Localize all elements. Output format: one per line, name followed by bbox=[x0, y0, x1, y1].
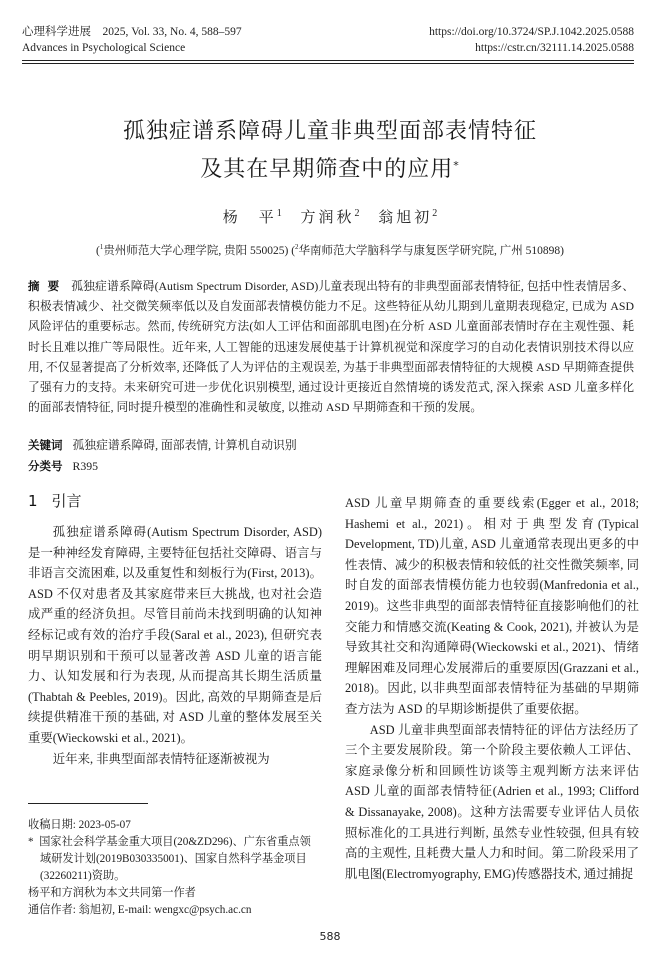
journal-name-en: Advances in Psychological Science bbox=[22, 40, 185, 56]
author-affil-mark: 2 bbox=[355, 208, 360, 219]
author-name: 方润秋 bbox=[300, 210, 354, 226]
abstract-label: 摘要 bbox=[28, 279, 67, 293]
keywords-label: 关键词 bbox=[28, 438, 63, 452]
footnotes: 收稿日期: 2023-05-07 * 国家社会科学基金重大项目(20&ZD296… bbox=[28, 817, 318, 919]
body-column-left: 孤独症谱系障碍(Autism Spectrum Disorder, ASD)是一… bbox=[28, 522, 322, 769]
classification-code: R395 bbox=[73, 459, 99, 473]
title-line-2-text: 及其在早期筛查中的应用 bbox=[200, 157, 453, 182]
keywords-text: 孤独症谱系障碍, 面部表情, 计算机自动识别 bbox=[73, 438, 297, 452]
page-number: 588 bbox=[0, 930, 660, 943]
paragraph: ASD 儿童非典型面部表情特征的评估方法经历了三个主要发展阶段。第一个阶段主要依… bbox=[345, 720, 639, 885]
abstract-text: 孤独症谱系障碍(Autism Spectrum Disorder, ASD)儿童… bbox=[28, 279, 634, 414]
section-number: 1 bbox=[28, 492, 38, 510]
author: 翁旭初2 bbox=[378, 210, 437, 226]
correspondence-note: 通信作者: 翁旭初, E-mail: wengxc@psych.ac.cn bbox=[28, 902, 318, 919]
running-header: 心理科学进展 2025, Vol. 33, No. 4, 588–597 htt… bbox=[22, 24, 634, 64]
author-affil-mark: 1 bbox=[277, 208, 282, 219]
citation-info: 2025, Vol. 33, No. 4, 588–597 bbox=[103, 26, 242, 38]
article-title-line-2: 及其在早期筛查中的应用* bbox=[0, 152, 660, 188]
author-name: 杨 平 bbox=[223, 210, 277, 226]
body-column-right: ASD 儿童早期筛查的重要线索(Egger et al., 2018; Hash… bbox=[345, 493, 639, 884]
affil-text: 华南师范大学脑科学与康复医学研究院, 广州 510898) bbox=[299, 245, 564, 257]
paragraph: ASD 儿童早期筛查的重要线索(Egger et al., 2018; Hash… bbox=[345, 493, 639, 720]
journal-name-cn: 心理科学进展 bbox=[22, 26, 91, 38]
funding-text: 国家社会科学基金重大项目(20&ZD296)、广东省重点领域研发计划(2019B… bbox=[39, 836, 311, 882]
author: 方润秋2 bbox=[300, 210, 359, 226]
paragraph: 孤独症谱系障碍(Autism Spectrum Disorder, ASD)是一… bbox=[28, 522, 322, 749]
affil-text: 贵州师范大学心理学院, 贵阳 550025) bbox=[103, 245, 288, 257]
header-double-rule bbox=[22, 60, 634, 64]
classification: 分类号R395 bbox=[28, 458, 98, 474]
affiliation: (1贵州师范大学心理学院, 贵阳 550025) bbox=[96, 245, 288, 257]
affiliations: (1贵州师范大学心理学院, 贵阳 550025) (2华南师范大学脑科学与康复医… bbox=[0, 242, 660, 258]
cstr-link[interactable]: https://cstr.cn/32111.14.2025.0588 bbox=[475, 40, 634, 56]
section-title: 引言 bbox=[52, 492, 82, 510]
co-first-author-note: 杨平和方润秋为本文共同第一作者 bbox=[28, 885, 318, 902]
abstract: 摘要孤独症谱系障碍(Autism Spectrum Disorder, ASD)… bbox=[28, 276, 634, 417]
title-footnote-mark: * bbox=[453, 159, 460, 172]
classification-label: 分类号 bbox=[28, 459, 63, 473]
affiliation: (2华南师范大学脑科学与康复医学研究院, 广州 510898) bbox=[291, 245, 564, 257]
author-affil-mark: 2 bbox=[432, 208, 437, 219]
funding-note: * 国家社会科学基金重大项目(20&ZD296)、广东省重点领域研发计划(201… bbox=[28, 834, 318, 885]
doi-link[interactable]: https://doi.org/10.3724/SP.J.1042.2025.0… bbox=[429, 24, 634, 40]
article-title-line-1: 孤独症谱系障碍儿童非典型面部表情特征 bbox=[0, 114, 660, 150]
section-heading: 1引言 bbox=[28, 490, 82, 511]
journal-citation: 心理科学进展 2025, Vol. 33, No. 4, 588–597 bbox=[22, 24, 242, 40]
received-date: 收稿日期: 2023-05-07 bbox=[28, 817, 318, 834]
author-list: 杨 平1 方润秋2 翁旭初2 bbox=[0, 206, 660, 227]
author-name: 翁旭初 bbox=[378, 210, 432, 226]
funding-mark: * bbox=[28, 836, 34, 848]
paragraph: 近年来, 非典型面部表情特征逐渐被视为 bbox=[28, 749, 322, 770]
keywords: 关键词孤独症谱系障碍, 面部表情, 计算机自动识别 bbox=[28, 436, 297, 453]
footnote-rule bbox=[28, 803, 148, 804]
author: 杨 平1 bbox=[223, 210, 282, 226]
